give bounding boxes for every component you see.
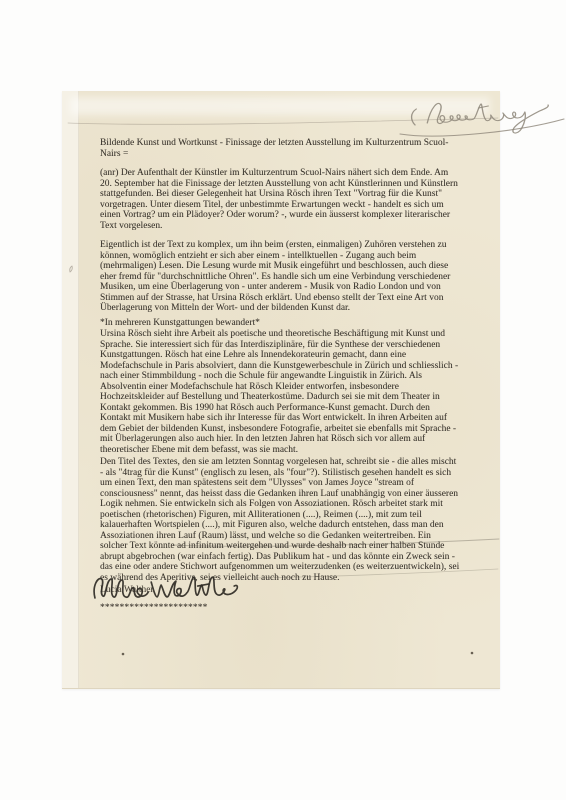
scan-background: Bildende Kunst und Wortkunst - Finissage… — [0, 0, 566, 800]
section-heading: *In mehreren Kunstgattungen bewandert* — [100, 318, 260, 329]
staple-dot-left — [122, 653, 125, 656]
scan-light-streak — [70, 97, 490, 115]
typed-signature-name: Lucia Walther — [100, 585, 154, 596]
signature-t-cross — [198, 584, 209, 586]
document-title: Bildende Kunst und Wortkunst - Finissage… — [100, 138, 448, 159]
annotation-underline — [400, 119, 564, 136]
paragraph-text-complexity: Eigentlich ist der Text zu komplex, um i… — [100, 240, 450, 314]
paragraph-intro: (anr) Der Aufenthalt der Künstler im Kul… — [100, 168, 458, 231]
paper-crease-line — [68, 118, 498, 124]
page-left-edge — [62, 91, 79, 688]
staple-dot-right — [471, 652, 474, 655]
asterisk-divider: ********************** — [100, 603, 208, 614]
paragraph-biography: Ursina Rösch sieht ihre Arbeit als poeti… — [100, 329, 458, 455]
scanned-page: Bildende Kunst und Wortkunst - Finissage… — [62, 91, 500, 689]
paragraph-title-analysis: Den Titel des Textes, den sie am letzten… — [100, 457, 459, 583]
